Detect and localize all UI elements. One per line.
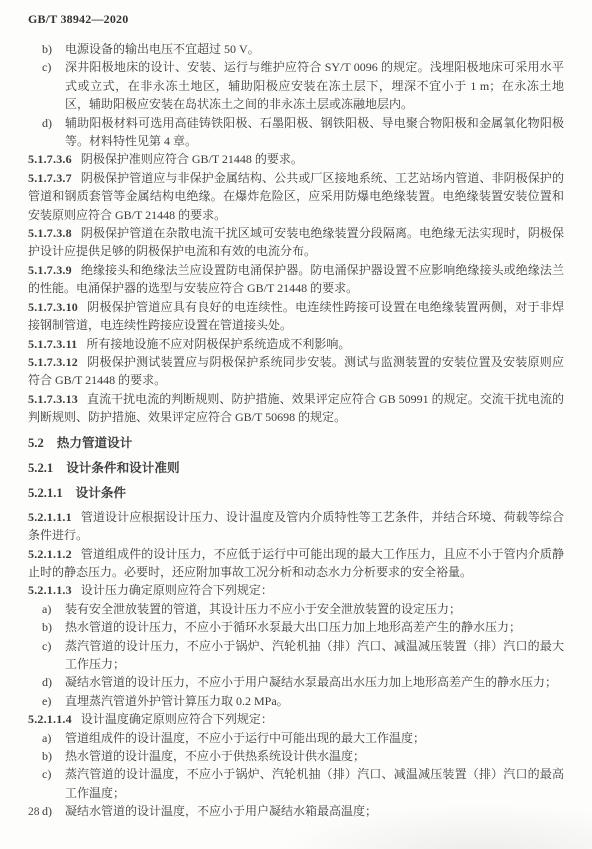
clause-5-2-1-1-4: 5.2.1.1.4设计温度确定原则应符合下列规定：	[28, 710, 564, 728]
list-item-b: b) 电源设备的输出电压不宜超过 50 V。	[28, 40, 564, 58]
list-item-label: c)	[42, 765, 51, 783]
clause-text: 管道设计应根据设计压力、设计温度及管内介质特性等工艺条件，并结合环境、荷载等综合…	[28, 510, 564, 542]
clause-text: 阴极保护管道在杂散电流干扰区域可安装电绝缘装置分段隔离。电绝缘无法实现时，阴极保…	[28, 226, 564, 258]
clause-text: 阴极保护测试装置应与阴极保护系统同步安装。测试与监测装置的安装位置及安装原则应符…	[28, 355, 564, 387]
clause-5-1-7-3-12: 5.1.7.3.12阴极保护测试装置应与阴极保护系统同步安装。测试与监测装置的安…	[28, 353, 564, 390]
clause-number: 5.1.7.3.8	[28, 226, 72, 240]
clause-5-1-7-3-10: 5.1.7.3.10阴极保护管道应具有良好的电连续性。电连续性跨接可设置在电绝缘…	[28, 298, 564, 335]
list-item-label: d)	[42, 802, 52, 820]
clause-text: 阴极保护管道应与非保护金属结构、公共或厂区接地系统、工艺站场内管道、非阴极保护的…	[28, 171, 564, 222]
list-item-text: 蒸汽管道的设计压力，不应小于锅炉、汽轮机抽（排）汽口、减温减压装置（排）汽口的最…	[65, 639, 564, 671]
list-item-label: c)	[42, 58, 51, 76]
clause-text: 直流干扰电流的判断规则、防护措施、效果评定应符合 GB 50991 的规定。交流…	[28, 392, 564, 424]
clause-text: 绝缘接头和绝缘法兰应设置防电涌保护器。防电涌保护器设置不应影响绝缘接头或绝缘法兰…	[28, 263, 564, 295]
list-item-label: a)	[42, 729, 51, 747]
clause-text: 管道组成件的设计压力，不应低于运行中可能出现的最大工作压力，且应不小于管内介质静…	[28, 547, 564, 579]
clause-text: 设计温度确定原则应符合下列规定：	[81, 712, 273, 726]
clause-number: 5.1.7.3.9	[28, 263, 72, 277]
list-item-label: a)	[42, 600, 51, 618]
list-item-text: 热水管道的设计压力，不应小于循环水泵最大出口压力加上地形高差产生的静水压力；	[65, 620, 521, 634]
clause-5-1-7-3-13: 5.1.7.3.13直流干扰电流的判断规则、防护措施、效果评定应符合 GB 50…	[28, 390, 564, 427]
list-item-label: d)	[42, 673, 52, 691]
list-item-text: 凝结水管道的设计压力，不应小于用户凝结水泵最高出水压力加上地形高差产生的静水压力…	[65, 675, 557, 689]
clause-number: 5.1.7.3.12	[28, 355, 78, 369]
list-item-label: b)	[42, 747, 52, 765]
list-item-text: 装有安全泄放装置的管道，其设计压力不应小于安全泄放装置的设定压力；	[65, 602, 461, 616]
section-number: 5.2	[28, 436, 44, 450]
list-item-label: d)	[42, 114, 52, 132]
temperature-list-item-c: c) 蒸汽管道的设计温度，不应小于锅炉、汽轮机抽（排）汽口、减温减压装置（排）汽…	[28, 765, 564, 802]
clause-number: 5.1.7.3.7	[28, 171, 72, 185]
list-item-text: 管道组成件的设计温度，不应小于运行中可能出现的最大工作温度；	[65, 731, 425, 745]
clause-number: 5.1.7.3.6	[28, 152, 72, 166]
pressure-list-item-b: b) 热水管道的设计压力，不应小于循环水泵最大出口压力加上地形高差产生的静水压力…	[28, 618, 564, 636]
clause-number: 5.1.7.3.10	[28, 300, 78, 314]
clause-5-1-7-3-11: 5.1.7.3.11所有接地设施不应对阴极保护系统造成不利影响。	[28, 335, 564, 353]
pressure-list-item-d: d) 凝结水管道的设计压力，不应小于用户凝结水泵最高出水压力加上地形高差产生的静…	[28, 673, 564, 691]
clause-text: 阴极保护管道应具有良好的电连续性。电连续性跨接可设置在电绝缘装置两侧，对于非焊接…	[28, 300, 564, 332]
pressure-list-item-a: a) 装有安全泄放装置的管道，其设计压力不应小于安全泄放装置的设定压力；	[28, 600, 564, 618]
list-item-label: b)	[42, 618, 52, 636]
section-title: 设计条件和设计准则	[66, 461, 179, 475]
temperature-list-item-b: b) 热水管道的设计温度，不应小于供热系统设计供水温度；	[28, 747, 564, 765]
clause-number: 5.2.1.1.4	[28, 712, 72, 726]
list-item-label: c)	[42, 637, 51, 655]
standard-number-header: GB/T 38942—2020	[28, 10, 564, 28]
document-body: b) 电源设备的输出电压不宜超过 50 V。 c) 深井阳极地床的设计、安装、运…	[28, 40, 564, 821]
clause-text: 所有接地设施不应对阴极保护系统造成不利影响。	[86, 337, 350, 351]
section-number: 5.2.1	[28, 461, 53, 475]
list-item-d: d) 辅助阳极材料可选用高硅铸铁阳极、石墨阳极、钢铁阳极、导电聚合物阳极和金属氧…	[28, 114, 564, 151]
list-item-label: e)	[42, 692, 51, 710]
section-title: 设计条件	[76, 486, 126, 500]
temperature-list-item-a: a) 管道组成件的设计温度，不应小于运行中可能出现的最大工作温度；	[28, 729, 564, 747]
page-number: 28	[28, 806, 40, 818]
clause-number: 5.2.1.1.3	[28, 583, 72, 597]
list-item-text: 深井阳极地床的设计、安装、运行与维护应符合 SY/T 0096 的规定。浅埋阳极…	[65, 60, 564, 111]
section-heading-5-2: 5.2热力管道设计	[28, 434, 564, 452]
section-heading-5-2-1-1: 5.2.1.1设计条件	[28, 484, 564, 502]
section-title: 热力管道设计	[57, 436, 133, 450]
clause-text: 设计压力确定原则应符合下列规定：	[81, 583, 273, 597]
pressure-list-item-e: e) 直埋蒸汽管道外护管计算压力取 0.2 MPa。	[28, 692, 564, 710]
clause-5-2-1-1-1: 5.2.1.1.1管道设计应根据设计压力、设计温度及管内介质特性等工艺条件，并结…	[28, 508, 564, 545]
clause-text: 阴极保护准则应符合 GB/T 21448 的要求。	[81, 152, 303, 166]
clause-number: 5.2.1.1.2	[28, 547, 72, 561]
list-item-label: b)	[42, 40, 52, 58]
clause-number: 5.2.1.1.1	[28, 510, 72, 524]
section-heading-5-2-1: 5.2.1设计条件和设计准则	[28, 459, 564, 477]
clause-5-1-7-3-9: 5.1.7.3.9绝缘接头和绝缘法兰应设置防电涌保护器。防电涌保护器设置不应影响…	[28, 261, 564, 298]
standard-document-page: GB/T 38942—2020 b) 电源设备的输出电压不宜超过 50 V。 c…	[0, 0, 592, 849]
clause-5-1-7-3-6: 5.1.7.3.6阴极保护准则应符合 GB/T 21448 的要求。	[28, 150, 564, 168]
clause-number: 5.1.7.3.11	[28, 337, 77, 351]
pressure-list-item-c: c) 蒸汽管道的设计压力，不应小于锅炉、汽轮机抽（排）汽口、减温减压装置（排）汽…	[28, 637, 564, 674]
temperature-list-item-d: d) 凝结水管道的设计温度，不应小于用户凝结水箱最高温度；	[28, 802, 564, 820]
list-item-text: 蒸汽管道的设计温度，不应小于锅炉、汽轮机抽（排）汽口、减温减压装置（排）汽口的最…	[65, 767, 564, 799]
clause-5-1-7-3-7: 5.1.7.3.7阴极保护管道应与非保护金属结构、公共或厂区接地系统、工艺站场内…	[28, 169, 564, 224]
list-item-c: c) 深井阳极地床的设计、安装、运行与维护应符合 SY/T 0096 的规定。浅…	[28, 58, 564, 113]
clause-5-2-1-1-2: 5.2.1.1.2管道组成件的设计压力，不应低于运行中可能出现的最大工作压力，且…	[28, 545, 564, 582]
list-item-text: 电源设备的输出电压不宜超过 50 V。	[65, 42, 260, 56]
list-item-text: 直埋蒸汽管道外护管计算压力取 0.2 MPa。	[65, 694, 289, 708]
clause-5-1-7-3-8: 5.1.7.3.8阴极保护管道在杂散电流干扰区域可安装电绝缘装置分段隔离。电绝缘…	[28, 224, 564, 261]
list-item-text: 凝结水管道的设计温度，不应小于用户凝结水箱最高温度；	[65, 804, 377, 818]
clause-number: 5.1.7.3.13	[28, 392, 78, 406]
list-item-text: 热水管道的设计温度，不应小于供热系统设计供水温度；	[65, 749, 365, 763]
clause-5-2-1-1-3: 5.2.1.1.3设计压力确定原则应符合下列规定：	[28, 581, 564, 599]
list-item-text: 辅助阳极材料可选用高硅铸铁阳极、石墨阳极、钢铁阳极、导电聚合物阳极和金属氧化物阳…	[65, 116, 564, 148]
section-number: 5.2.1.1	[28, 486, 63, 500]
